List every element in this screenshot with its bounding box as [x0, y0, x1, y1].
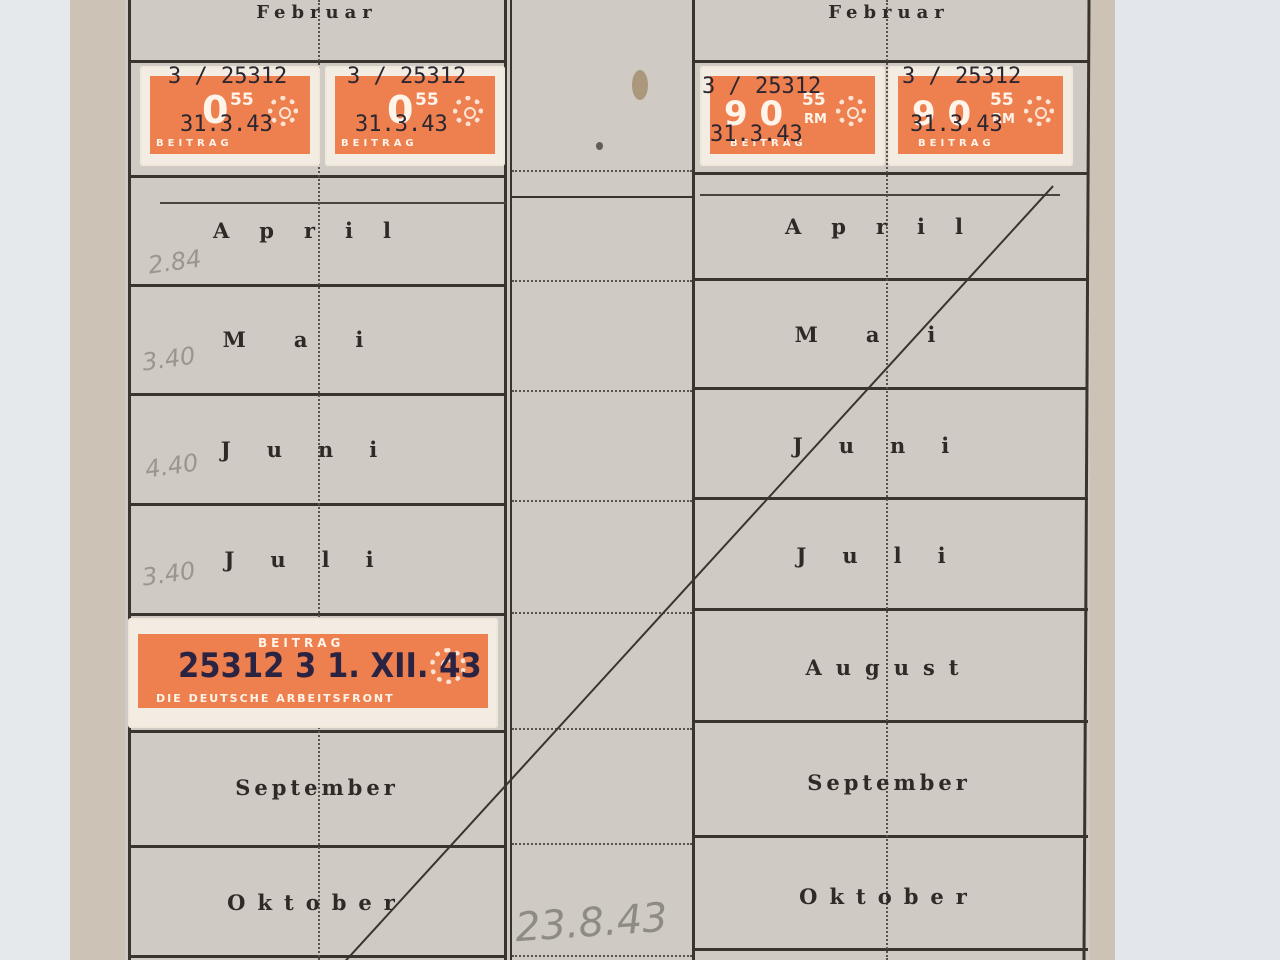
cancel-mark: 31.3.43: [180, 112, 273, 137]
month-label: September: [692, 770, 1086, 795]
cancel-mark: 31.3.43: [910, 112, 1003, 137]
row-divider: [128, 730, 506, 733]
paper-stain: [596, 142, 603, 150]
underline-rule: [160, 202, 506, 204]
row-divider: [128, 175, 506, 178]
background-surface: [1115, 0, 1280, 960]
month-label: Mai: [692, 322, 1086, 347]
row-divider: [128, 284, 506, 287]
row-divider: [692, 60, 1088, 63]
perforation-line: [512, 500, 692, 502]
cancel-mark: 3 / 25312: [347, 64, 466, 89]
perforation-line: [512, 280, 692, 282]
month-label: Juni: [692, 433, 1086, 458]
perforation-line: [512, 170, 692, 172]
row-divider: [692, 497, 1088, 500]
cancel-mark: 3 / 25312: [702, 74, 821, 99]
month-label: April: [128, 218, 506, 243]
dues-stamp: 9 0 55 RM BEITRAG 3 / 25312 31.3.43: [888, 66, 1073, 166]
month-label: September: [128, 775, 506, 800]
cancel-mark: 31.3.43: [710, 122, 803, 147]
middle-column-right-line: [692, 0, 695, 960]
month-label: Oktober: [692, 884, 1086, 909]
row-divider: [692, 172, 1088, 175]
row-divider: [692, 948, 1088, 951]
row-divider: [692, 835, 1088, 838]
gear-emblem-icon: [453, 96, 483, 126]
underline-rule: [700, 194, 1060, 196]
row-divider: [128, 613, 506, 616]
perforation-line: [512, 843, 692, 845]
month-label-februar-left: Februar: [128, 2, 506, 23]
row-divider: [692, 608, 1088, 611]
perforation-line: [512, 955, 692, 957]
row-divider: [512, 196, 692, 198]
row-divider: [128, 60, 506, 63]
dues-stamp: 9 0 55 RM BEITRAG 3 / 25312 31.3.43: [700, 66, 885, 166]
month-label: Oktober: [128, 890, 506, 915]
wide-dues-stamp: BEITRAG DIE DEUTSCHE ARBEITSFRONT 25312 …: [128, 618, 498, 728]
row-divider: [128, 393, 506, 396]
gear-emblem-icon: [1024, 96, 1054, 126]
row-divider: [692, 387, 1088, 390]
row-divider: [128, 503, 506, 506]
month-label: Juli: [692, 543, 1086, 568]
month-label: April: [692, 214, 1086, 239]
cancel-mark: 3 / 25312: [902, 64, 1021, 89]
row-divider: [692, 278, 1088, 281]
dues-stamp: 0 55 BEITRAG 3 / 25312 31.3.43: [325, 66, 505, 166]
dues-stamp: 0 55 BEITRAG 3 / 25312 31.3.43: [140, 66, 320, 166]
row-divider: [692, 720, 1088, 723]
cancel-mark: 31.3.43: [355, 112, 448, 137]
month-label: August: [692, 655, 1086, 680]
perforation-line: [512, 390, 692, 392]
month-label-februar-right: Februar: [692, 2, 1086, 23]
middle-column-left-line: [510, 0, 512, 960]
cancel-mark: 3 / 25312: [168, 64, 287, 89]
gear-emblem-icon: [836, 96, 866, 126]
perforation-line: [512, 728, 692, 730]
left-border-line: [128, 0, 131, 960]
row-divider: [128, 955, 506, 958]
paper-stain: [632, 70, 648, 100]
cancel-mark: 25312 3 1. XII. 43: [178, 646, 482, 686]
